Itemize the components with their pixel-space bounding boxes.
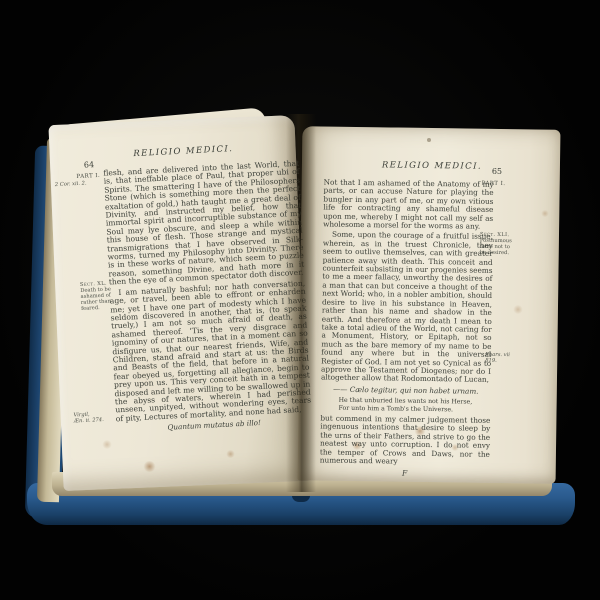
right-page-text: Not that I am ashamed of the Anatomy of …	[320, 179, 494, 480]
book-spine	[258, 498, 346, 534]
right-latin-quote: —— Cælo tegitur, qui non habet urnam.	[321, 385, 491, 396]
right-paragraph-1: Not that I am ashamed of the Anatomy of …	[323, 179, 494, 232]
left-paragraph-2: I am naturally bashful; nor hath convers…	[109, 279, 312, 423]
printer-signature: F	[320, 469, 490, 480]
translation-couplet: He that unburied lies wants not his Hers…	[339, 397, 491, 414]
margin-note-scripture-ref: 2 Cor. xii. 2.	[55, 181, 101, 189]
running-head-right: RELIGIO MEDICI.	[357, 160, 507, 172]
page-number-right: 65	[492, 167, 502, 176]
margin-note-part-left: PART I.	[76, 173, 100, 180]
sect-xl-text: Death to be ashamed of rather than feare…	[80, 286, 111, 311]
right-paragraph-3: but commend in my calmer judgement those…	[320, 414, 491, 467]
left-paragraph-1: flesh, and are delivered into the last W…	[103, 160, 305, 287]
page-number-left: 64	[84, 160, 95, 170]
running-head-left: RELIGIO MEDICI.	[108, 143, 258, 161]
book-photo: RELIGIO MEDICI. 64 PART I. 2 Cor. xii. 2…	[0, 0, 600, 600]
left-page: RELIGIO MEDICI. 64 PART I. 2 Cor. xii. 2…	[47, 114, 311, 492]
right-page: RELIGIO MEDICI. 65 PART I. Sect. XLI. Po…	[298, 126, 561, 484]
right-paragraph-2: Some, upon the courage of a fruitful iss…	[321, 231, 493, 385]
left-page-text: flesh, and are delivered into the last W…	[103, 160, 312, 435]
virgil-line2: Æn. ii. 274.	[74, 418, 110, 426]
margin-note-virgil: Virgil, Æn. ii. 274.	[73, 412, 110, 426]
